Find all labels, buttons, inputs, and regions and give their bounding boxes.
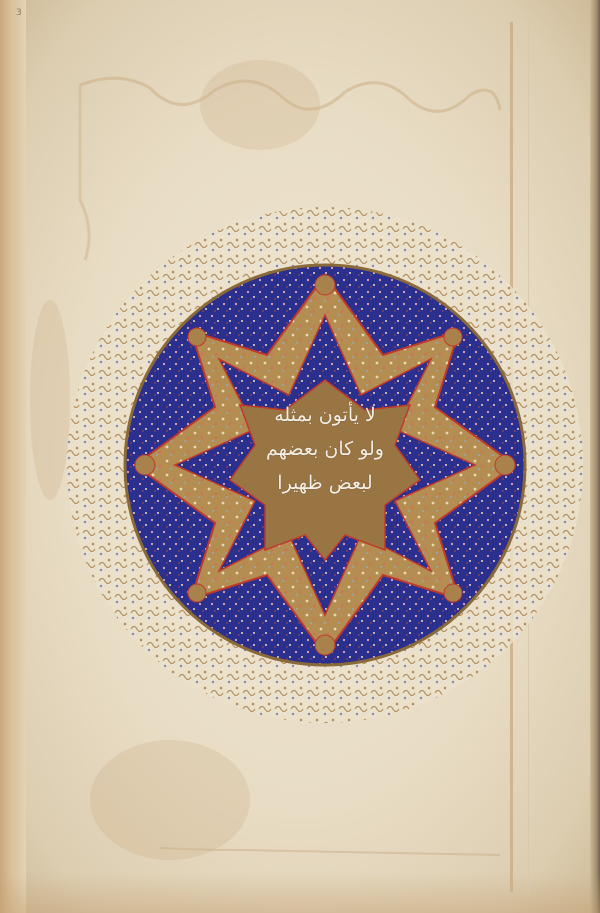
calligraphy-inscription: لا يأتون بمثله ولو كان بعضهم لبعض ظهيرا [225,398,425,500]
inscription-line: لبعض ظهيرا [225,466,425,500]
manuscript-page: 3 [0,0,600,913]
inscription-line: لا يأتون بمثله [225,398,425,432]
inscription-line: ولو كان بعضهم [225,432,425,466]
